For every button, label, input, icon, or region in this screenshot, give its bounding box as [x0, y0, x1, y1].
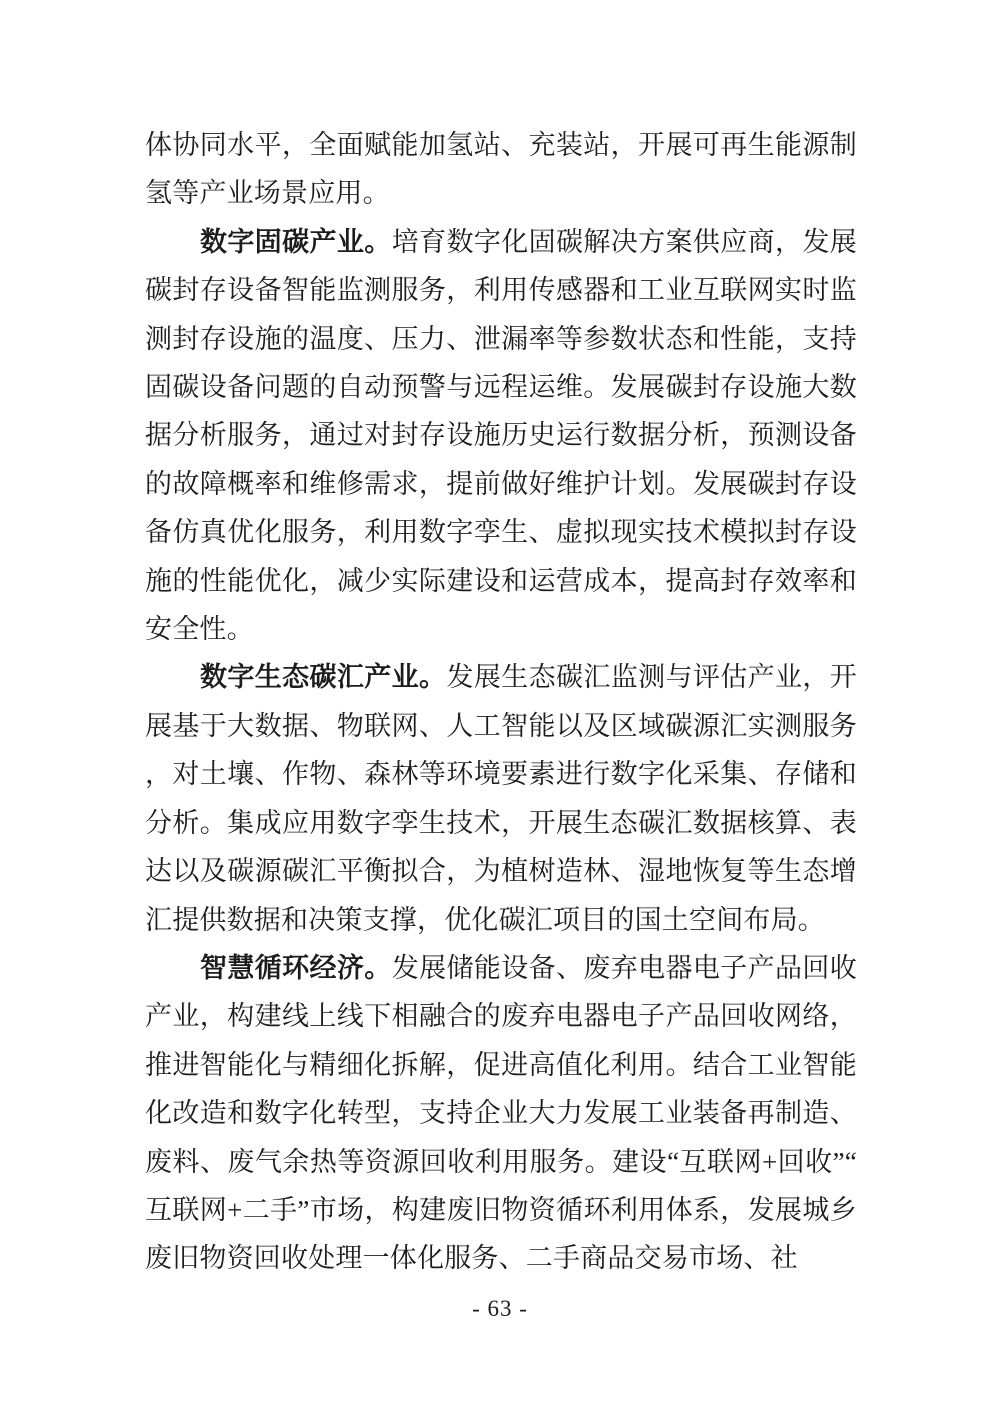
paragraph-text: 发展生态碳汇监测与评估产业，开展基于大数据、物联网、人工智能以及区域碳源汇实测服… — [145, 662, 857, 934]
paragraph-digital-carbon-fixation: 数字固碳产业。培育数字化固碳解决方案供应商，发展碳封存设备智能监测服务，利用传感… — [145, 218, 857, 654]
paragraph-lead: 数字生态碳汇产业。 — [200, 662, 446, 692]
document-body: 体协同水平，全面赋能加氢站、充装站，开展可再生能源制氢等产业场景应用。 数字固碳… — [145, 121, 857, 1283]
paragraph-smart-circular-economy: 智慧循环经济。发展储能设备、废弃电器电子产品回收产业，构建线上线下相融合的废弃电… — [145, 944, 857, 1283]
paragraph-digital-eco-carbon-sink: 数字生态碳汇产业。发展生态碳汇监测与评估产业，开展基于大数据、物联网、人工智能以… — [145, 653, 857, 943]
page-number: - 63 - — [472, 1296, 528, 1321]
paragraph-lead: 智慧循环经济。 — [200, 953, 392, 983]
paragraph-continuation: 体协同水平，全面赋能加氢站、充装站，开展可再生能源制氢等产业场景应用。 — [145, 121, 857, 218]
paragraph-text: 体协同水平，全面赋能加氢站、充装站，开展可再生能源制氢等产业场景应用。 — [145, 130, 857, 208]
page-footer: - 63 - — [0, 1294, 1000, 1324]
paragraph-text: 培育数字化固碳解决方案供应商，发展碳封存设备智能监测服务，利用传感器和工业互联网… — [145, 227, 857, 644]
paragraph-lead: 数字固碳产业。 — [200, 227, 392, 257]
paragraph-text: 发展储能设备、废弃电器电子产品回收产业，构建线上线下相融合的废弃电器电子产品回收… — [145, 953, 857, 1273]
document-page: 体协同水平，全面赋能加氢站、充装站，开展可再生能源制氢等产业场景应用。 数字固碳… — [0, 0, 1000, 1414]
